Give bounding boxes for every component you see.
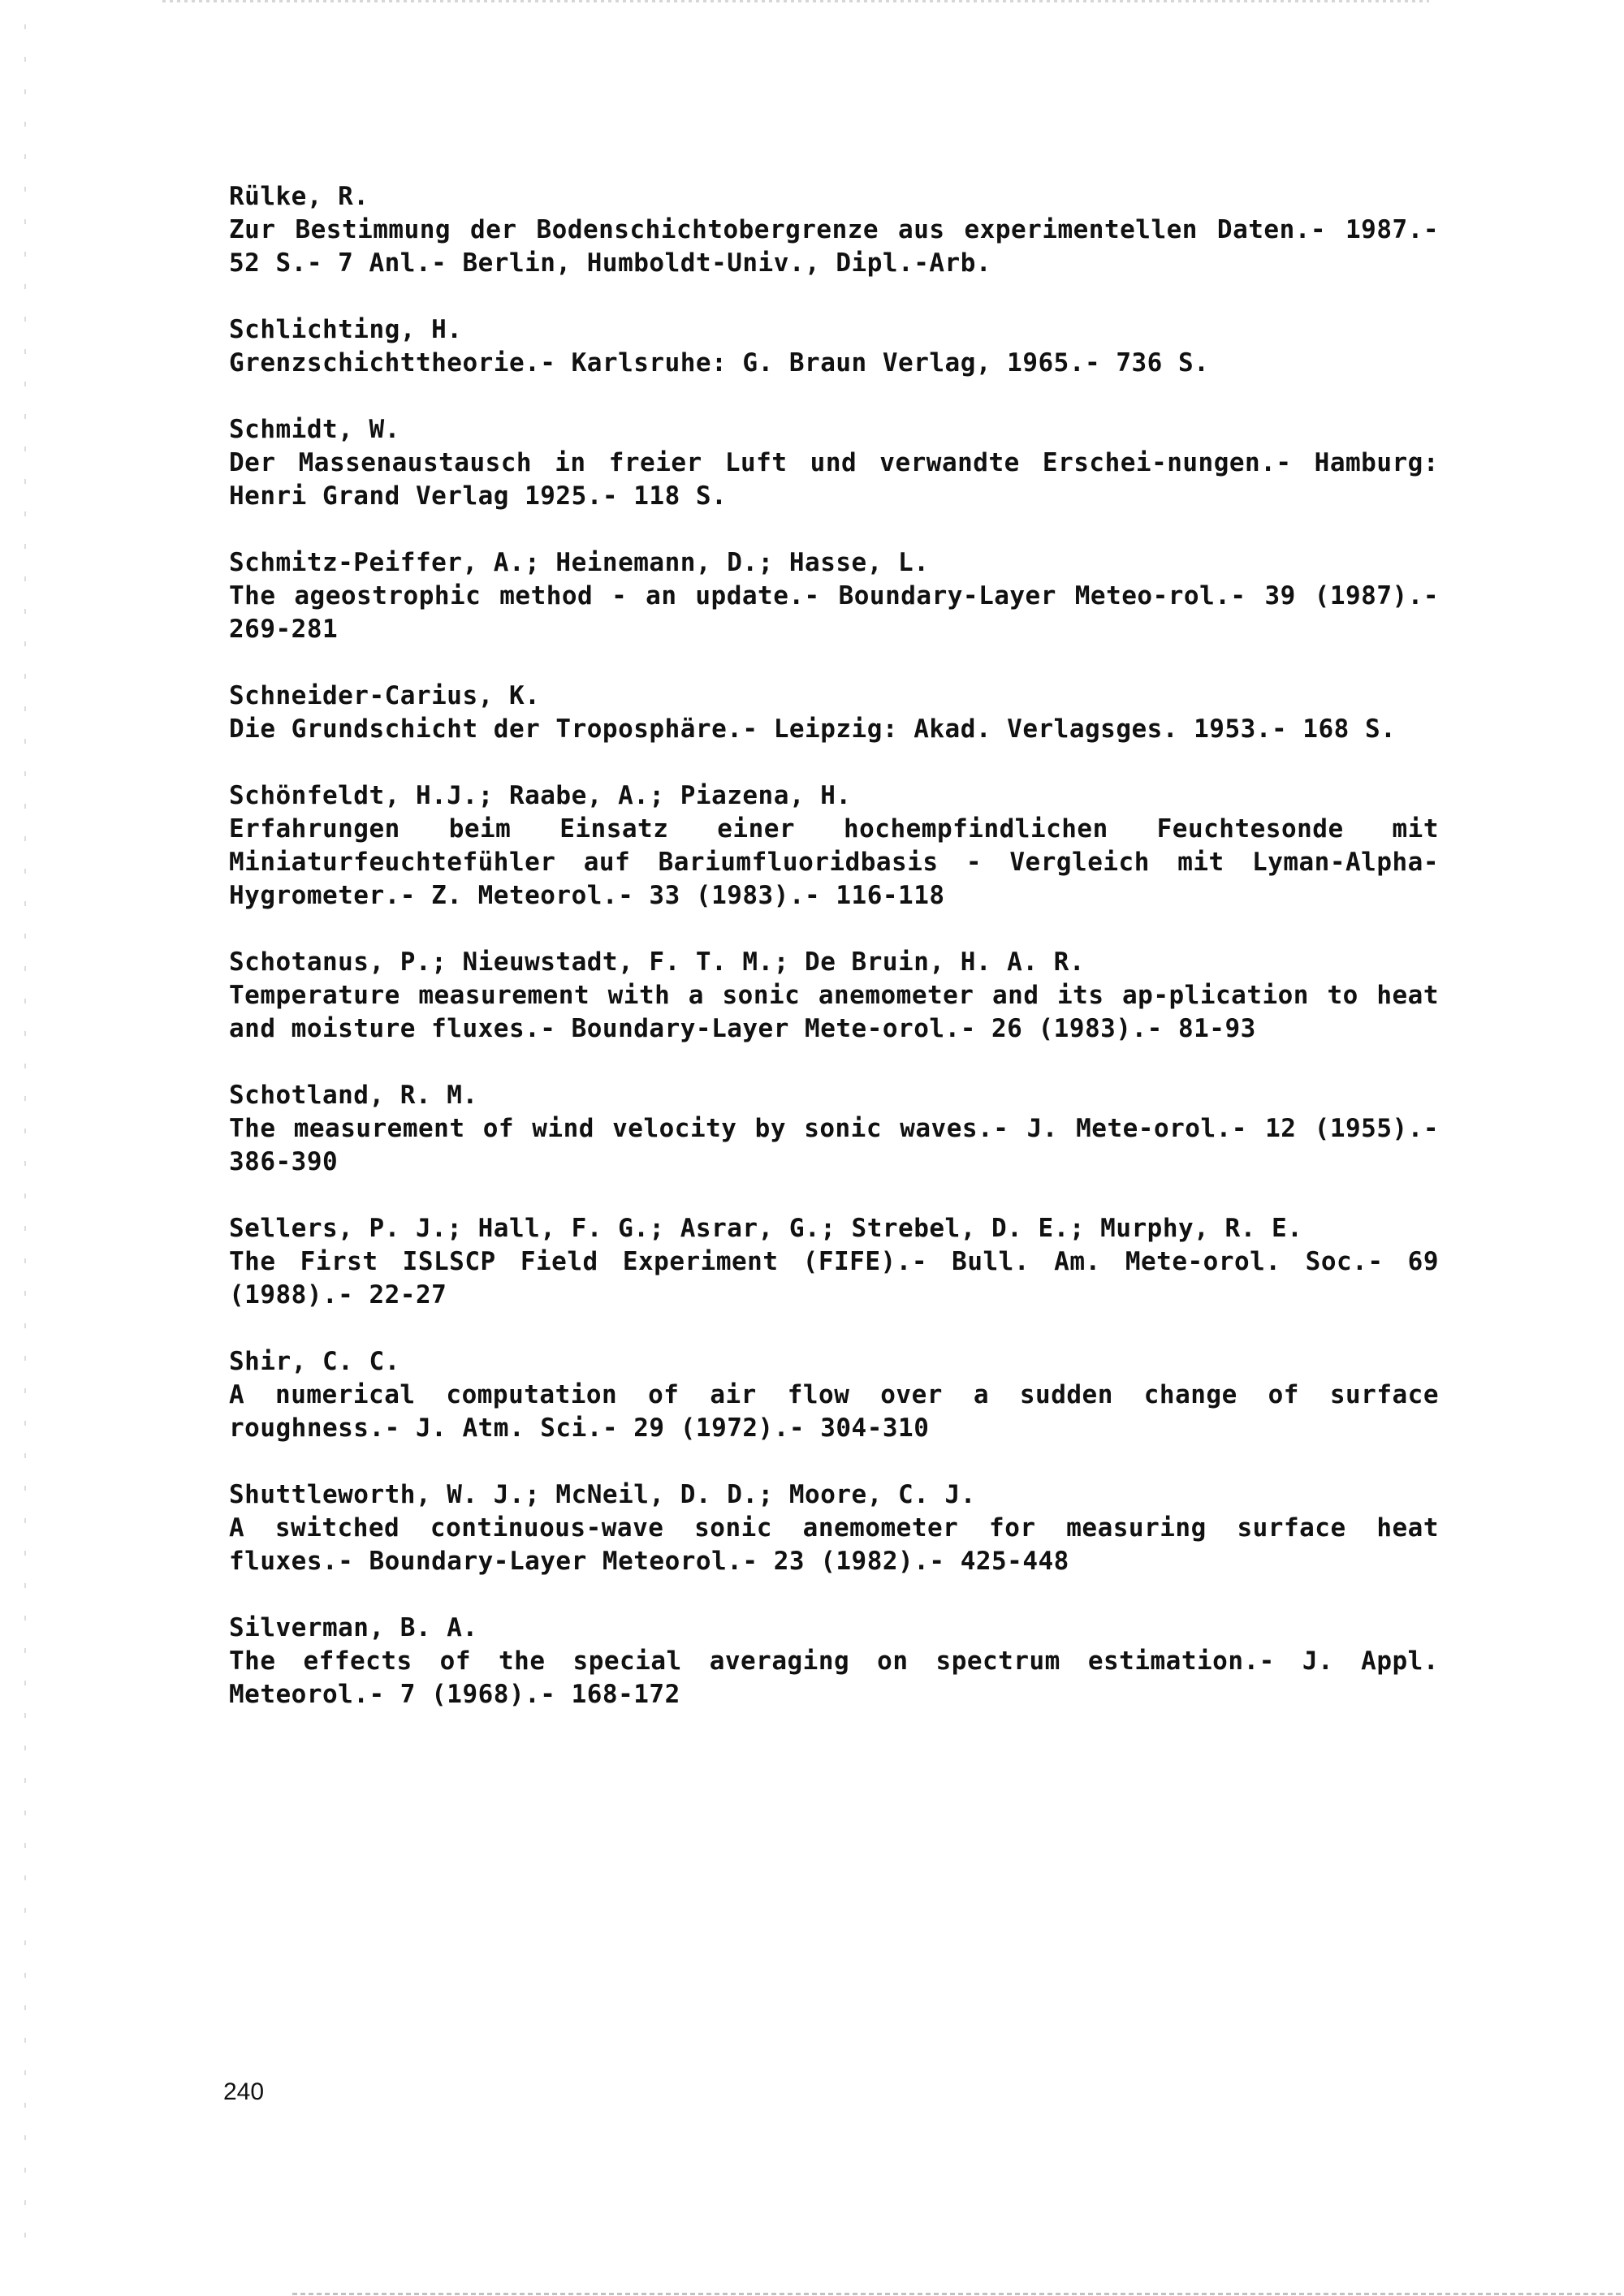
document-page: Rülke, R. Zur Bestimmung der Bodenschich… — [0, 0, 1624, 2296]
reference-citation: A numerical computation of air flow over… — [229, 1379, 1439, 1445]
reference-entry: Schlichting, H. Grenzschichttheorie.- Ka… — [229, 313, 1439, 380]
reference-entry: Schotanus, P.; Nieuwstadt, F. T. M.; De … — [229, 946, 1439, 1046]
reference-author: Schotanus, P.; Nieuwstadt, F. T. M.; De … — [229, 946, 1439, 979]
scan-artifact-bottom — [292, 2293, 1624, 2295]
reference-entry: Schmidt, W. Der Massenaustausch in freie… — [229, 413, 1439, 513]
reference-entry: Schneider-Carius, K. Die Grundschicht de… — [229, 680, 1439, 746]
reference-citation: Temperature measurement with a sonic ane… — [229, 979, 1439, 1046]
reference-citation: Zur Bestimmung der Bodenschichtobergrenz… — [229, 214, 1439, 280]
reference-author: Schmidt, W. — [229, 413, 1439, 447]
reference-citation: The ageostrophic method - an update.- Bo… — [229, 580, 1439, 646]
reference-list: Rülke, R. Zur Bestimmung der Bodenschich… — [229, 180, 1439, 1745]
reference-author: Schneider-Carius, K. — [229, 680, 1439, 713]
reference-citation: The effects of the special averaging on … — [229, 1645, 1439, 1711]
scan-artifact-left — [24, 24, 26, 2265]
reference-author: Schönfeldt, H.J.; Raabe, A.; Piazena, H. — [229, 779, 1439, 813]
reference-entry: Schmitz-Peiffer, A.; Heinemann, D.; Hass… — [229, 546, 1439, 646]
reference-citation: Grenzschichttheorie.- Karlsruhe: G. Brau… — [229, 347, 1439, 380]
reference-author: Sellers, P. J.; Hall, F. G.; Asrar, G.; … — [229, 1212, 1439, 1245]
reference-entry: Shuttleworth, W. J.; McNeil, D. D.; Moor… — [229, 1478, 1439, 1578]
reference-citation: Erfahrungen beim Einsatz einer hochempfi… — [229, 813, 1439, 913]
reference-author: Schotland, R. M. — [229, 1079, 1439, 1112]
reference-entry: Schotland, R. M. The measurement of wind… — [229, 1079, 1439, 1179]
reference-entry: Silverman, B. A. The effects of the spec… — [229, 1612, 1439, 1711]
reference-author: Schmitz-Peiffer, A.; Heinemann, D.; Hass… — [229, 546, 1439, 580]
reference-citation: A switched continuous-wave sonic anemome… — [229, 1512, 1439, 1578]
reference-entry: Schönfeldt, H.J.; Raabe, A.; Piazena, H.… — [229, 779, 1439, 913]
reference-entry: Sellers, P. J.; Hall, F. G.; Asrar, G.; … — [229, 1212, 1439, 1312]
reference-author: Rülke, R. — [229, 180, 1439, 214]
reference-author: Silverman, B. A. — [229, 1612, 1439, 1645]
reference-citation: Die Grundschicht der Troposphäre.- Leipz… — [229, 713, 1439, 746]
reference-citation: The measurement of wind velocity by soni… — [229, 1112, 1439, 1179]
reference-citation: The First ISLSCP Field Experiment (FIFE)… — [229, 1245, 1439, 1312]
scan-artifact-top — [162, 0, 1429, 2]
reference-entry: Shir, C. C. A numerical computation of a… — [229, 1345, 1439, 1445]
reference-entry: Rülke, R. Zur Bestimmung der Bodenschich… — [229, 180, 1439, 280]
reference-citation: Der Massenaustausch in freier Luft und v… — [229, 447, 1439, 513]
reference-author: Shuttleworth, W. J.; McNeil, D. D.; Moor… — [229, 1478, 1439, 1512]
reference-author: Shir, C. C. — [229, 1345, 1439, 1379]
reference-author: Schlichting, H. — [229, 313, 1439, 347]
page-number: 240 — [223, 2078, 264, 2106]
